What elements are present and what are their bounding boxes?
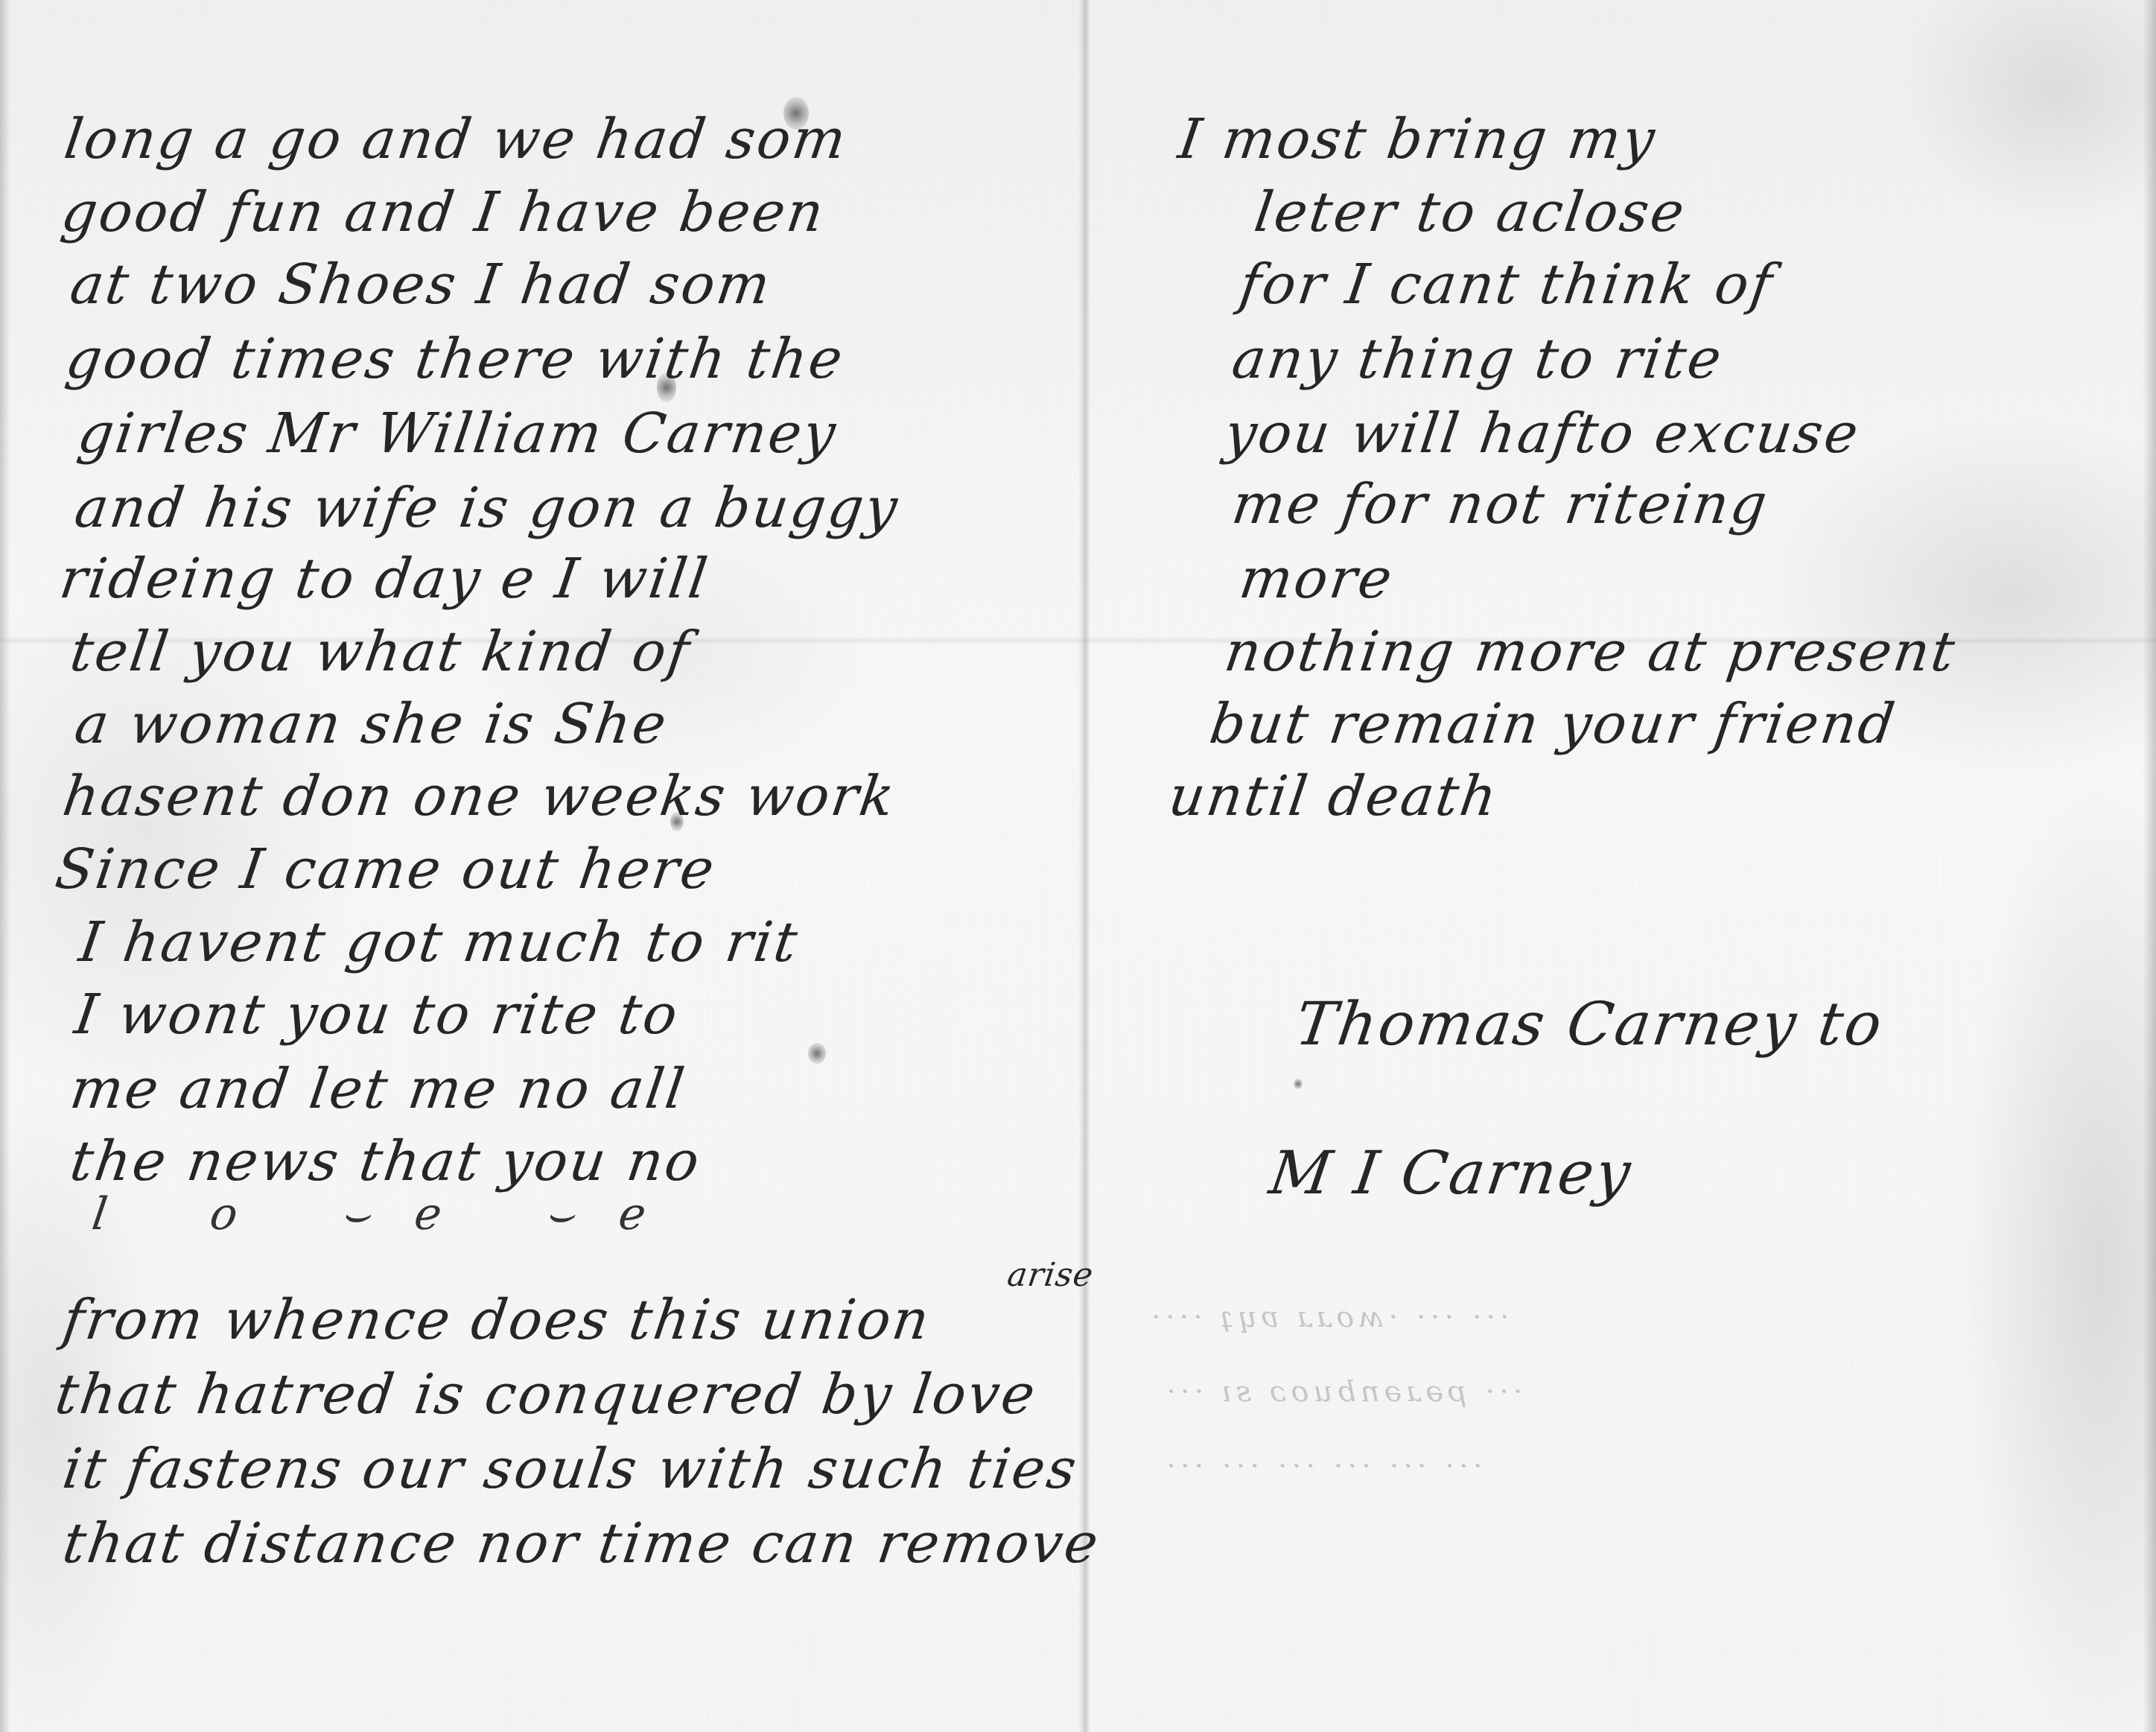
- letter-line: I wont you to rite to: [71, 987, 683, 1042]
- letter-sheet: long a go and we had som good fun and I …: [0, 0, 2156, 1732]
- signature-recipient: M I Carney: [1266, 1143, 1636, 1203]
- letter-line: good fun and I have been: [58, 185, 829, 240]
- vertical-fold-crease: [1078, 0, 1090, 1732]
- letter-line: any thing to rite: [1229, 332, 1727, 387]
- letter-line: good times there with the: [63, 332, 848, 387]
- letter-line: and his wife is gon a buggy: [71, 480, 903, 536]
- letter-line: me and let me no all: [67, 1062, 690, 1117]
- letter-line: I most bring my: [1175, 112, 1660, 167]
- verse-line: from whence does this union: [60, 1292, 935, 1348]
- letter-line: at two Shoes I had som: [67, 257, 775, 312]
- letter-line: hasent don one weeks work: [60, 769, 900, 824]
- ink-bleed-through: ··· ··· ·ʍoɹɹ ɐɥʇ ····: [1147, 1300, 1510, 1334]
- letter-line: for I cant think of: [1236, 257, 1778, 312]
- paper-edge-left: [0, 0, 10, 1732]
- letter-line: leter to aclose: [1251, 185, 1690, 240]
- letter-line: more: [1236, 551, 1397, 606]
- letter-line: Since I came out here: [52, 842, 719, 897]
- paper-edge-right: [2143, 0, 2156, 1732]
- verse-line: that distance nor time can remove: [60, 1516, 1104, 1571]
- letter-line: tell you what kind of: [67, 624, 695, 679]
- letter-line: rideing to day e I will: [57, 551, 713, 606]
- ink-blot: [1294, 1079, 1303, 1089]
- letter-line: a woman she is She: [71, 697, 672, 752]
- verse-line: that hatred is conquered by love: [52, 1367, 1040, 1422]
- pen-practice-flourishes: l o ⌣e ⌣e: [89, 1192, 693, 1237]
- letter-line: you will hafto excuse: [1221, 406, 1863, 461]
- letter-line: nothing more at present: [1221, 624, 1960, 679]
- letter-line: but remain your friend: [1206, 697, 1900, 752]
- signature-line: Thomas Carney to: [1292, 995, 1887, 1054]
- letter-line: me for not riteing: [1229, 477, 1772, 532]
- ink-bleed-through: ··· ··· ··· ··· ··· ···: [1162, 1449, 1482, 1483]
- ink-bleed-through: ··· pǝɹǝnbuoɔ sı ···: [1162, 1374, 1522, 1409]
- verse-insertion-word: arise: [1005, 1259, 1096, 1292]
- letter-line: the news that you no: [67, 1134, 705, 1189]
- ink-blot: [808, 1043, 826, 1064]
- letter-line: long a go and we had som: [61, 112, 851, 167]
- letter-line: until death: [1166, 769, 1502, 824]
- verse-line: it fastens our souls with such ties: [60, 1441, 1081, 1497]
- letter-line: I havent got much to rit: [76, 915, 803, 970]
- letter-line: girles Mr William Carney: [74, 406, 841, 461]
